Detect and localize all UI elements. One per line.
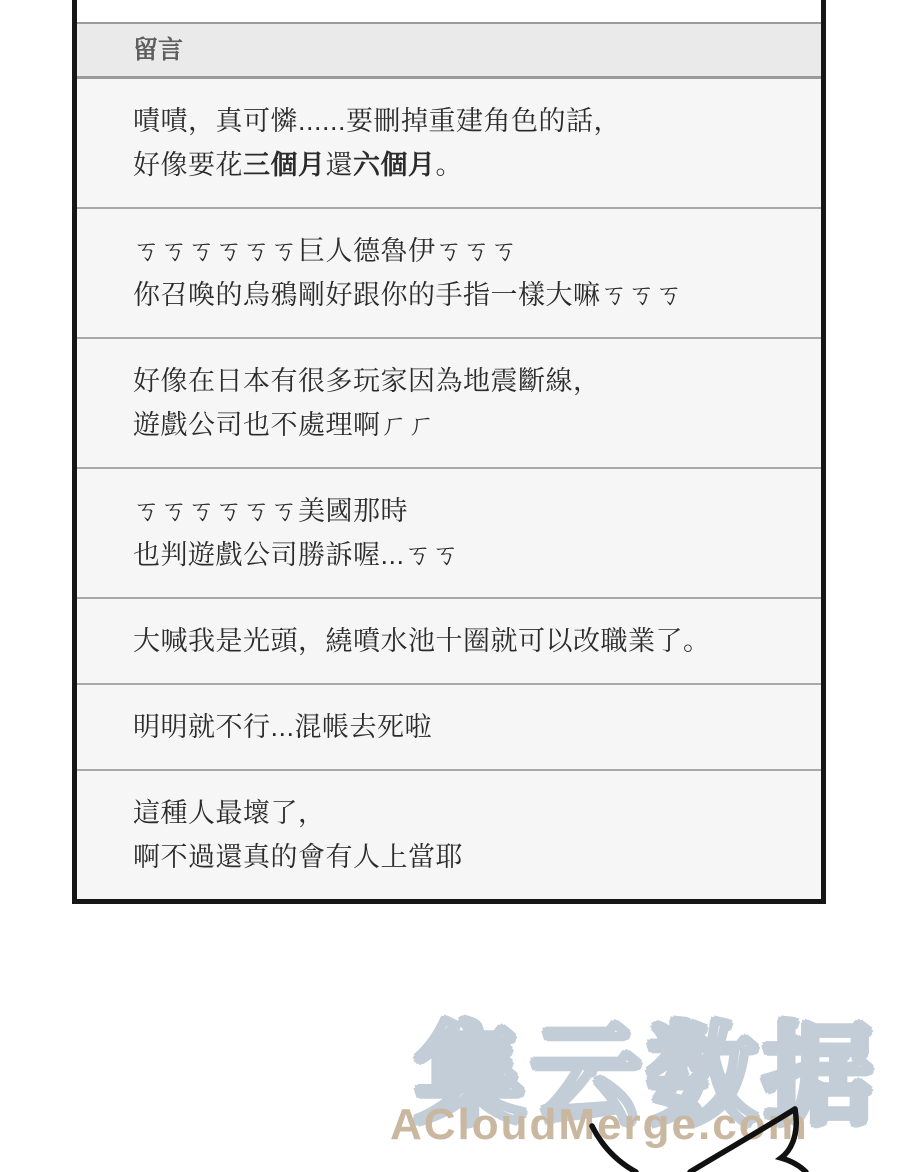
comment-row: ㄎㄎㄎㄎㄎㄎ美國那時也判遊戲公司勝訴喔...ㄎㄎ <box>77 467 821 597</box>
comment-line: 你召喚的烏鴉剛好跟你的手指一樣大嘛ㄎㄎㄎ <box>133 273 791 317</box>
comment-text-segment: 這種人最壞了， <box>133 798 326 828</box>
comment-text-segment: 六個月 <box>353 150 436 180</box>
comment-text-segment: 啊不過還真的會有人上當耶 <box>133 842 463 872</box>
comment-row: 明明就不行...混帳去死啦 <box>77 683 821 769</box>
comment-line: ㄎㄎㄎㄎㄎㄎ美國那時 <box>133 489 791 533</box>
comment-line: 也判遊戲公司勝訴喔...ㄎㄎ <box>133 533 791 577</box>
comment-text-segment: 你召喚的烏鴉剛好跟你的手指一樣大嘛ㄎㄎㄎ <box>133 280 683 310</box>
comments-header-label: 留言 <box>133 36 183 64</box>
comment-row: 好像在日本有很多玩家因為地震斷線，遊戲公司也不處理啊ㄏㄏ <box>77 337 821 467</box>
comment-line: 這種人最壞了， <box>133 791 791 835</box>
comment-text-segment: 。 <box>436 150 464 180</box>
comment-row: 嘖嘖，真可憐......要刪掉重建角色的話，好像要花三個月還六個月。 <box>77 79 821 207</box>
comment-line: 好像要花三個月還六個月。 <box>133 143 791 187</box>
comment-line: 好像在日本有很多玩家因為地震斷線， <box>133 359 791 403</box>
comment-text-segment: 大喊我是光頭，繞噴水池十圈就可以改職業了。 <box>133 626 711 656</box>
comment-row: 大喊我是光頭，繞噴水池十圈就可以改職業了。 <box>77 597 821 683</box>
comment-row: ㄎㄎㄎㄎㄎㄎ巨人德魯伊ㄎㄎㄎ你召喚的烏鴉剛好跟你的手指一樣大嘛ㄎㄎㄎ <box>77 207 821 337</box>
comment-text-segment: ㄎㄎㄎㄎㄎㄎ巨人德魯伊ㄎㄎㄎ <box>133 236 518 266</box>
comments-panel: 留言 嘖嘖，真可憐......要刪掉重建角色的話，好像要花三個月還六個月。ㄎㄎㄎ… <box>72 0 826 904</box>
comment-text-segment: ㄎㄎㄎㄎㄎㄎ美國那時 <box>133 496 408 526</box>
comment-text-segment: 好像要花 <box>133 150 243 180</box>
comment-text-segment: 三個月 <box>243 150 326 180</box>
comments-list: 嘖嘖，真可憐......要刪掉重建角色的話，好像要花三個月還六個月。ㄎㄎㄎㄎㄎㄎ… <box>77 79 821 899</box>
comment-text-segment: 也判遊戲公司勝訴喔...ㄎㄎ <box>133 540 460 570</box>
comment-line: 嘖嘖，真可憐......要刪掉重建角色的話， <box>133 99 791 143</box>
comment-line: 明明就不行...混帳去死啦 <box>133 705 791 749</box>
comment-text-segment: 好像在日本有很多玩家因為地震斷線， <box>133 366 601 396</box>
watermark-site-url: ACloudMerge.com <box>390 1100 809 1150</box>
comic-page: 留言 嘖嘖，真可憐......要刪掉重建角色的話，好像要花三個月還六個月。ㄎㄎㄎ… <box>0 0 900 1172</box>
comment-text-segment: 遊戲公司也不處理啊ㄏㄏ <box>133 410 436 440</box>
comment-text-segment: 嘖嘖，真可憐......要刪掉重建角色的話， <box>133 106 621 136</box>
panel-top-gap <box>77 0 821 22</box>
comment-line: ㄎㄎㄎㄎㄎㄎ巨人德魯伊ㄎㄎㄎ <box>133 229 791 273</box>
comments-header: 留言 <box>77 22 821 79</box>
comment-row: 這種人最壞了，啊不過還真的會有人上當耶 <box>77 769 821 899</box>
comment-line: 遊戲公司也不處理啊ㄏㄏ <box>133 403 791 447</box>
comment-text-segment: 還 <box>326 150 354 180</box>
comment-text-segment: 明明就不行...混帳去死啦 <box>133 712 432 742</box>
comment-line: 大喊我是光頭，繞噴水池十圈就可以改職業了。 <box>133 619 791 663</box>
comment-line: 啊不過還真的會有人上當耶 <box>133 835 791 879</box>
